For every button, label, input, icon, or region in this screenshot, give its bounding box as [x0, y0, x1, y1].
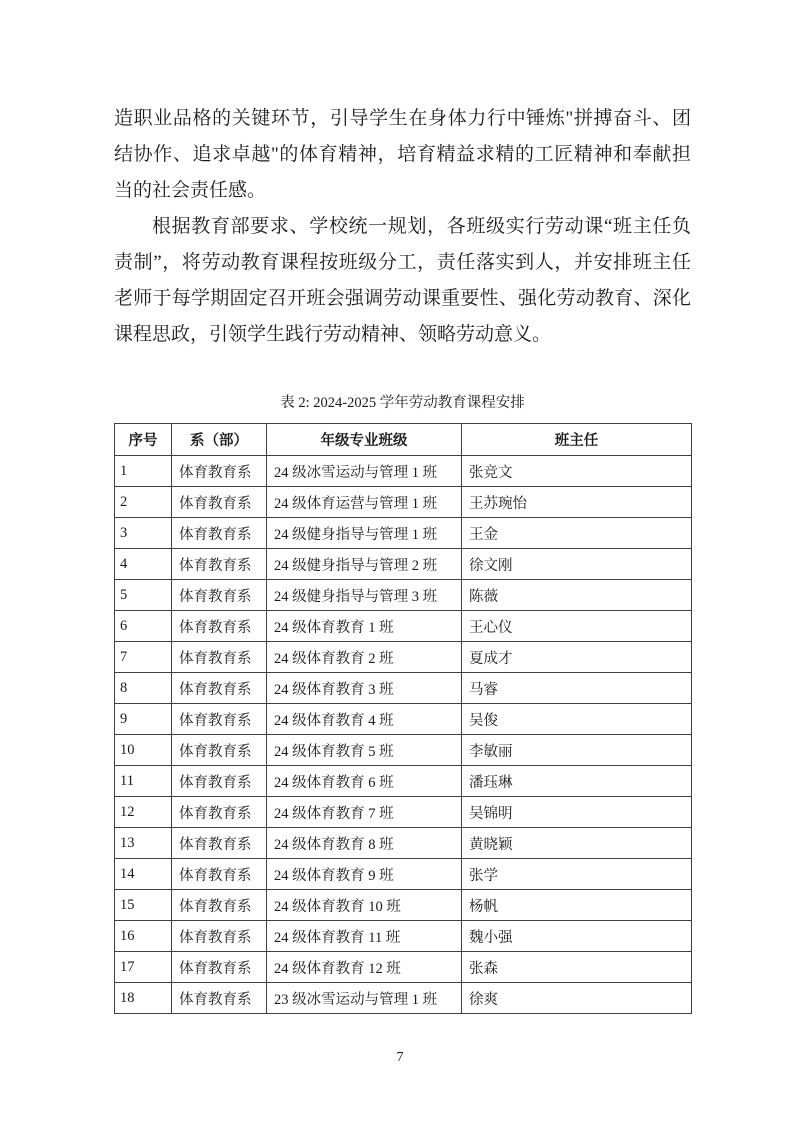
cell-index: 3 — [115, 518, 172, 549]
cell-index: 17 — [115, 952, 172, 983]
cell-class: 24 级体育教育 7 班 — [267, 797, 462, 828]
cell-teacher: 张森 — [462, 952, 692, 983]
labor-course-table: 序号 系（部） 年级专业班级 班主任 1体育教育系24 级冰雪运动与管理 1 班… — [114, 423, 692, 1014]
cell-teacher: 魏小强 — [462, 921, 692, 952]
table-row: 4体育教育系24 级健身指导与管理 2 班徐文刚 — [115, 549, 692, 580]
cell-department: 体育教育系 — [172, 673, 267, 704]
cell-department: 体育教育系 — [172, 735, 267, 766]
cell-class: 24 级体育教育 3 班 — [267, 673, 462, 704]
table-header: 序号 系（部） 年级专业班级 班主任 — [115, 424, 692, 456]
cell-index: 9 — [115, 704, 172, 735]
cell-department: 体育教育系 — [172, 828, 267, 859]
cell-class: 24 级体育教育 11 班 — [267, 921, 462, 952]
cell-class: 24 级体育教育 2 班 — [267, 642, 462, 673]
cell-index: 13 — [115, 828, 172, 859]
cell-class: 24 级体育教育 8 班 — [267, 828, 462, 859]
cell-teacher: 王金 — [462, 518, 692, 549]
cell-department: 体育教育系 — [172, 549, 267, 580]
cell-class: 24 级体育教育 9 班 — [267, 859, 462, 890]
cell-class: 24 级体育教育 12 班 — [267, 952, 462, 983]
cell-teacher: 张学 — [462, 859, 692, 890]
table-row: 18体育教育系23 级冰雪运动与管理 1 班徐爽 — [115, 983, 692, 1014]
table-row: 2体育教育系24 级体育运营与管理 1 班王苏琬怡 — [115, 487, 692, 518]
body-paragraph-1: 造职业品格的关键环节，引导学生在身体力行中锤炼"拼搏奋斗、团结协作、追求卓越"的… — [114, 101, 691, 209]
cell-index: 15 — [115, 890, 172, 921]
cell-teacher: 李敏丽 — [462, 735, 692, 766]
cell-teacher: 杨帆 — [462, 890, 692, 921]
cell-department: 体育教育系 — [172, 704, 267, 735]
cell-class: 24 级体育教育 10 班 — [267, 890, 462, 921]
body-paragraph-2: 根据教育部要求、学校统一规划，各班级实行劳动课“班主任负责制”，将劳动教育课程按… — [114, 209, 691, 353]
cell-index: 10 — [115, 735, 172, 766]
cell-class: 24 级体育教育 5 班 — [267, 735, 462, 766]
table-row: 12体育教育系24 级体育教育 7 班吴锦明 — [115, 797, 692, 828]
cell-index: 1 — [115, 456, 172, 487]
table-header-row: 序号 系（部） 年级专业班级 班主任 — [115, 424, 692, 456]
cell-index: 5 — [115, 580, 172, 611]
cell-department: 体育教育系 — [172, 611, 267, 642]
cell-index: 18 — [115, 983, 172, 1014]
document-page: 造职业品格的关键环节，引导学生在身体力行中锤炼"拼搏奋斗、团结协作、追求卓越"的… — [0, 0, 800, 1131]
cell-teacher: 王心仪 — [462, 611, 692, 642]
header-index: 序号 — [115, 424, 172, 456]
page-content: 造职业品格的关键环节，引导学生在身体力行中锤炼"拼搏奋斗、团结协作、追求卓越"的… — [114, 0, 691, 1014]
cell-teacher: 马睿 — [462, 673, 692, 704]
cell-class: 24 级健身指导与管理 1 班 — [267, 518, 462, 549]
table-row: 15体育教育系24 级体育教育 10 班杨帆 — [115, 890, 692, 921]
cell-class: 23 级冰雪运动与管理 1 班 — [267, 983, 462, 1014]
table-row: 3体育教育系24 级健身指导与管理 1 班王金 — [115, 518, 692, 549]
cell-index: 14 — [115, 859, 172, 890]
cell-department: 体育教育系 — [172, 890, 267, 921]
cell-index: 4 — [115, 549, 172, 580]
table-row: 5体育教育系24 级健身指导与管理 3 班陈薇 — [115, 580, 692, 611]
cell-department: 体育教育系 — [172, 859, 267, 890]
table-row: 7体育教育系24 级体育教育 2 班夏成才 — [115, 642, 692, 673]
cell-department: 体育教育系 — [172, 952, 267, 983]
cell-teacher: 潘珏琳 — [462, 766, 692, 797]
cell-index: 11 — [115, 766, 172, 797]
cell-index: 2 — [115, 487, 172, 518]
header-department: 系（部） — [172, 424, 267, 456]
cell-class: 24 级体育教育 6 班 — [267, 766, 462, 797]
cell-class: 24 级体育运营与管理 1 班 — [267, 487, 462, 518]
cell-class: 24 级冰雪运动与管理 1 班 — [267, 456, 462, 487]
cell-index: 12 — [115, 797, 172, 828]
cell-teacher: 陈薇 — [462, 580, 692, 611]
header-teacher: 班主任 — [462, 424, 692, 456]
table-row: 10体育教育系24 级体育教育 5 班李敏丽 — [115, 735, 692, 766]
cell-department: 体育教育系 — [172, 797, 267, 828]
cell-department: 体育教育系 — [172, 456, 267, 487]
cell-index: 7 — [115, 642, 172, 673]
cell-teacher: 徐爽 — [462, 983, 692, 1014]
table-row: 8体育教育系24 级体育教育 3 班马睿 — [115, 673, 692, 704]
table-row: 17体育教育系24 级体育教育 12 班张森 — [115, 952, 692, 983]
table-row: 6体育教育系24 级体育教育 1 班王心仪 — [115, 611, 692, 642]
cell-index: 6 — [115, 611, 172, 642]
cell-teacher: 吴俊 — [462, 704, 692, 735]
cell-index: 8 — [115, 673, 172, 704]
header-class: 年级专业班级 — [267, 424, 462, 456]
table-row: 16体育教育系24 级体育教育 11 班魏小强 — [115, 921, 692, 952]
cell-department: 体育教育系 — [172, 921, 267, 952]
table-row: 11体育教育系24 级体育教育 6 班潘珏琳 — [115, 766, 692, 797]
cell-index: 16 — [115, 921, 172, 952]
cell-department: 体育教育系 — [172, 983, 267, 1014]
table-row: 1体育教育系24 级冰雪运动与管理 1 班张竞文 — [115, 456, 692, 487]
cell-department: 体育教育系 — [172, 642, 267, 673]
cell-class: 24 级健身指导与管理 2 班 — [267, 549, 462, 580]
cell-teacher: 夏成才 — [462, 642, 692, 673]
cell-class: 24 级健身指导与管理 3 班 — [267, 580, 462, 611]
table-row: 9体育教育系24 级体育教育 4 班吴俊 — [115, 704, 692, 735]
cell-department: 体育教育系 — [172, 580, 267, 611]
table-caption: 表 2: 2024-2025 学年劳动教育课程安排 — [114, 393, 691, 414]
cell-teacher: 张竞文 — [462, 456, 692, 487]
cell-class: 24 级体育教育 1 班 — [267, 611, 462, 642]
page-number: 7 — [0, 1048, 800, 1068]
cell-department: 体育教育系 — [172, 518, 267, 549]
table-row: 13体育教育系24 级体育教育 8 班黄晓颖 — [115, 828, 692, 859]
table-row: 14体育教育系24 级体育教育 9 班张学 — [115, 859, 692, 890]
table-body: 1体育教育系24 级冰雪运动与管理 1 班张竞文2体育教育系24 级体育运营与管… — [115, 456, 692, 1014]
cell-teacher: 王苏琬怡 — [462, 487, 692, 518]
cell-teacher: 黄晓颖 — [462, 828, 692, 859]
cell-class: 24 级体育教育 4 班 — [267, 704, 462, 735]
cell-department: 体育教育系 — [172, 487, 267, 518]
cell-teacher: 徐文刚 — [462, 549, 692, 580]
cell-teacher: 吴锦明 — [462, 797, 692, 828]
cell-department: 体育教育系 — [172, 766, 267, 797]
